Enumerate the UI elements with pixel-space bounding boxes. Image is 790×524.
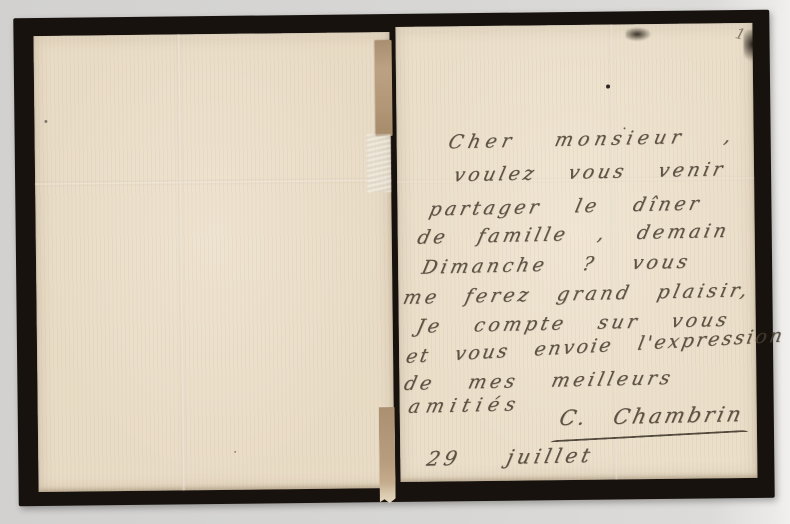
fold-crease-vertical [176,34,185,490]
signature: C. Chambrin [557,402,746,430]
letter-line: Dimanche ? vous [419,250,693,280]
ink-speck [234,451,236,453]
edge-stain [743,30,767,62]
date-line: 29 juillet [425,443,597,471]
letter-line: voulez vous venir [451,157,728,187]
letter-line: partager le dîner [427,192,705,222]
ink-speck [606,85,610,89]
ink-speck [44,120,47,123]
letter-line: me ferez grand plaisir, [401,278,753,310]
letter-line: amitiés [406,392,524,419]
album-mat: 1 Cher monsieur , voulez vous venir part… [13,10,774,507]
letter-line: Cher monsieur , [446,124,738,154]
letter-line: de famille , demain [415,219,732,250]
tape-strip-top [375,40,393,136]
letter-left-page-blank [33,32,394,492]
tape-strip-middle [367,134,392,192]
tape-strip-bottom [379,407,396,503]
ink-smudge [625,27,651,41]
letter-scan: 1 Cher monsieur , voulez vous venir part… [0,0,790,524]
letter-line: de mes meilleurs [402,366,676,396]
fold-crease-horizontal [35,178,391,186]
letter-right-page: 1 Cher monsieur , voulez vous venir part… [395,23,757,482]
